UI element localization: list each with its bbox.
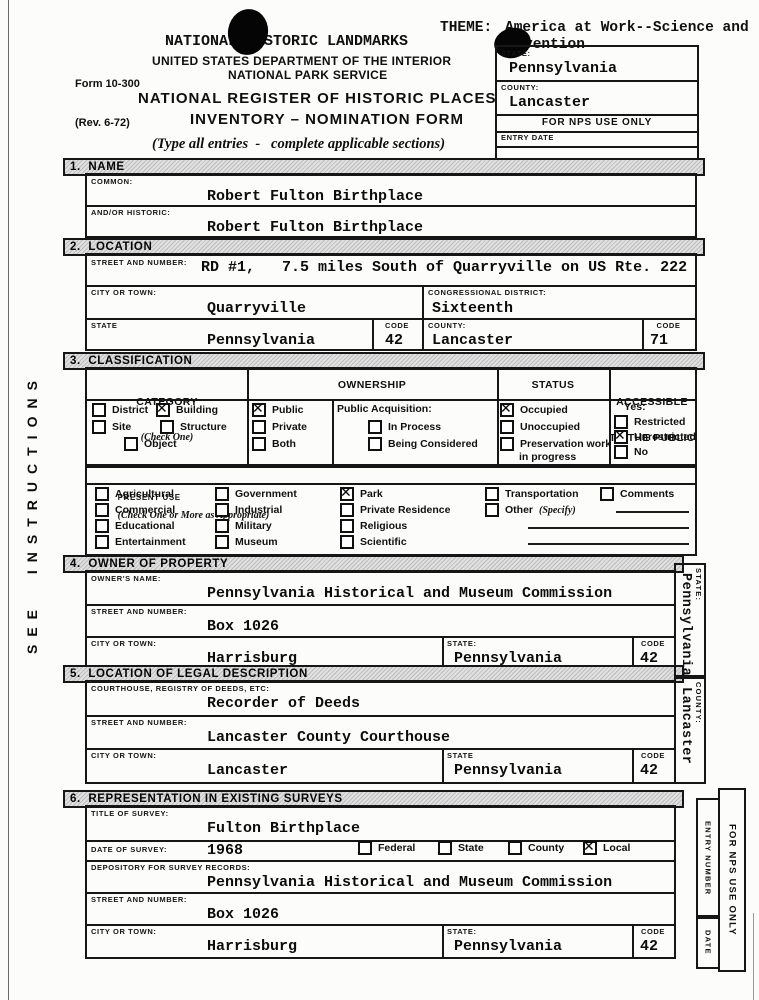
- checkbox-label: Building: [176, 404, 218, 416]
- checkbox-label: Structure: [180, 421, 227, 433]
- sidebar-date-box: DATE: [696, 915, 720, 969]
- checkbox-label: Agricultural: [115, 488, 174, 500]
- divider: [87, 399, 695, 401]
- state-label: STATE:: [447, 639, 477, 648]
- museum-checkbox[interactable]: [215, 535, 229, 549]
- access-title-line1: ACCESSIBLE: [609, 396, 695, 408]
- city-label: CITY OR TOWN:: [91, 639, 156, 648]
- divider: [87, 715, 674, 717]
- section-2-box: STREET AND NUMBER: RD #1, 7.5 miles Sout…: [85, 253, 697, 351]
- sidebar-county-value: Lancaster: [678, 687, 693, 764]
- county-label: COUNTY:: [501, 83, 539, 92]
- code-label: CODE: [372, 321, 422, 330]
- classification-table: CATEGORY (Check One) OWNERSHIP STATUS AC…: [85, 367, 697, 468]
- yes-label: Yes:: [624, 401, 646, 413]
- type-all-entries-note: (Type all entries - complete applicable …: [152, 136, 445, 153]
- landmarks-title: NATIONAL HISTORIC LANDMARKS: [165, 33, 408, 50]
- public-checkbox[interactable]: [252, 403, 266, 417]
- checkbox-label: Commercial: [115, 504, 175, 516]
- code-label: CODE: [632, 751, 674, 760]
- local-checkbox[interactable]: [583, 841, 597, 855]
- section-1-box: COMMON: Robert Fulton Birthplace AND/OR …: [85, 173, 697, 238]
- checkbox-label: Scientific: [360, 536, 407, 548]
- code-label: CODE: [642, 321, 695, 330]
- street-value[interactable]: RD #1, 7.5 miles South of Quarryville on…: [201, 259, 687, 276]
- checkbox-label: Restricted: [634, 416, 685, 428]
- street-label: STREET AND NUMBER:: [91, 607, 187, 616]
- city-value[interactable]: Lancaster: [207, 762, 288, 779]
- divider: [247, 369, 249, 466]
- divider: [422, 285, 424, 318]
- divider: [497, 146, 697, 148]
- city-label: CITY OR TOWN:: [91, 927, 156, 936]
- checkbox-label: Transportation: [505, 488, 579, 500]
- survey-title-value[interactable]: Fulton Birthplace: [207, 820, 360, 837]
- checkbox-label: Unrestricted: [634, 431, 696, 443]
- divider: [87, 924, 674, 926]
- checkbox-label: Comments: [620, 488, 674, 500]
- divider: [87, 205, 695, 207]
- checkbox-label: Religious: [360, 520, 407, 532]
- private-checkbox[interactable]: [252, 420, 266, 434]
- checkbox-label: Park: [360, 488, 383, 500]
- survey-date-label: DATE OF SURVEY:: [91, 845, 167, 854]
- common-label: COMMON:: [91, 177, 133, 186]
- county-label: COUNTY:: [428, 321, 466, 330]
- congressional-district-value[interactable]: Sixteenth: [432, 300, 513, 317]
- park-service-line: NATIONAL PARK SERVICE: [228, 68, 387, 82]
- city-label: CITY OR TOWN:: [91, 751, 156, 760]
- ownership-column-header: OWNERSHIP: [247, 379, 497, 391]
- state-value[interactable]: Pennsylvania: [207, 332, 315, 349]
- both-checkbox[interactable]: [252, 437, 266, 451]
- code-value[interactable]: 42: [640, 938, 658, 955]
- street-value[interactable]: Box 1026: [207, 618, 279, 635]
- scientific-checkbox[interactable]: [340, 535, 354, 549]
- blank-line[interactable]: [528, 527, 628, 529]
- form-number: Form 10-300 (Rev. 6-72): [75, 52, 140, 156]
- for-nps-use-only-vertical-label: FOR NPS USE ONLY: [727, 824, 738, 936]
- other-specify-label: (Specify): [539, 505, 576, 516]
- street-value[interactable]: Box 1026: [207, 906, 279, 923]
- checkbox-label: Industrial: [235, 504, 282, 516]
- being-considered-checkbox[interactable]: [368, 437, 382, 451]
- private-residence-checkbox[interactable]: [340, 503, 354, 517]
- blank-line[interactable]: [616, 527, 689, 529]
- checkbox-label: Private Residence: [360, 504, 450, 516]
- in-progress-label: in progress: [519, 451, 576, 463]
- blank-line[interactable]: [616, 511, 689, 513]
- theme-label: THEME:: [440, 20, 492, 36]
- depository-label: DEPOSITORY FOR SURVEY RECORDS:: [91, 863, 250, 872]
- checkbox-label: In Process: [388, 421, 441, 433]
- scanned-form-page: SEE INSTRUCTIONS Form 10-300 (Rev. 6-72)…: [0, 0, 759, 1000]
- county-code-value[interactable]: 71: [650, 332, 668, 349]
- building-checkbox[interactable]: [156, 403, 170, 417]
- page-edge-line-bottom-right: [753, 913, 754, 1000]
- courthouse-label: COURTHOUSE, REGISTRY OF DEEDS, ETC:: [91, 684, 270, 693]
- checkbox-label: Government: [235, 488, 297, 500]
- commercial-checkbox[interactable]: [95, 503, 109, 517]
- preservation-work-checkbox[interactable]: [500, 437, 514, 451]
- owner-name-label: OWNER'S NAME:: [91, 574, 161, 583]
- county-checkbox[interactable]: [508, 841, 522, 855]
- for-nps-use-only-label: FOR NPS USE ONLY: [497, 117, 697, 128]
- department-line: UNITED STATES DEPARTMENT OF THE INTERIOR: [152, 54, 451, 68]
- historic-name-value[interactable]: Robert Fulton Birthplace: [207, 219, 423, 236]
- unoccupied-checkbox[interactable]: [500, 420, 514, 434]
- checkbox-label: Public: [272, 404, 304, 416]
- district-checkbox[interactable]: [92, 403, 106, 417]
- date-label: DATE: [704, 930, 713, 955]
- street-label: STREET AND NUMBER:: [91, 718, 187, 727]
- divider: [442, 924, 444, 957]
- historic-label: AND/OR HISTORIC:: [91, 208, 170, 217]
- section-6-box: TITLE OF SURVEY: Fulton Birthplace DATE …: [85, 805, 676, 959]
- ink-blot-icon: [224, 6, 271, 58]
- city-label: CITY OR TOWN:: [91, 288, 156, 297]
- state-value: Pennsylvania: [509, 60, 617, 77]
- divider: [87, 318, 695, 320]
- survey-date-value[interactable]: 1968: [207, 842, 243, 859]
- sidebar-state-value: Pennsylvania: [678, 573, 693, 676]
- checkbox-label: District: [112, 404, 148, 416]
- other-checkbox[interactable]: [485, 503, 499, 517]
- occupied-checkbox[interactable]: [500, 403, 514, 417]
- structure-checkbox[interactable]: [160, 420, 174, 434]
- sidebar-nps-use-box: FOR NPS USE ONLY: [718, 788, 746, 972]
- object-checkbox[interactable]: [124, 437, 138, 451]
- checkbox-label: No: [634, 446, 648, 458]
- street-label: STREET AND NUMBER:: [91, 895, 187, 904]
- county-value[interactable]: Lancaster: [432, 332, 513, 349]
- checkbox-label: Museum: [235, 536, 278, 548]
- restricted-checkbox[interactable]: [614, 415, 628, 429]
- divider: [87, 892, 674, 894]
- sidebar-county-label: COUNTY:: [694, 682, 703, 724]
- divider: [497, 80, 697, 82]
- code-value[interactable]: 42: [640, 762, 658, 779]
- depository-value[interactable]: Pennsylvania Historical and Museum Commi…: [207, 874, 612, 891]
- county-value: Lancaster: [509, 94, 590, 111]
- checkbox-label: Other: [505, 504, 533, 516]
- register-title-line1: NATIONAL REGISTER OF HISTORIC PLACES: [138, 90, 497, 107]
- divider: [609, 369, 611, 466]
- sidebar-entry-number-box: ENTRY NUMBER: [696, 798, 720, 919]
- common-name-value[interactable]: Robert Fulton Birthplace: [207, 188, 423, 205]
- blank-line[interactable]: [616, 543, 689, 545]
- state-label: STATE: [447, 751, 473, 760]
- industrial-checkbox[interactable]: [215, 503, 229, 517]
- divider: [497, 369, 499, 466]
- entertainment-checkbox[interactable]: [95, 535, 109, 549]
- divider: [497, 114, 697, 116]
- city-value[interactable]: Harrisburg: [207, 938, 297, 955]
- divider: [442, 748, 444, 782]
- agricultural-checkbox[interactable]: [95, 487, 109, 501]
- in-process-checkbox[interactable]: [368, 420, 382, 434]
- blank-line[interactable]: [528, 543, 628, 545]
- checkbox-label: Educational: [115, 520, 175, 532]
- courthouse-value[interactable]: Recorder of Deeds: [207, 695, 360, 712]
- military-checkbox[interactable]: [215, 519, 229, 533]
- state-checkbox[interactable]: [438, 841, 452, 855]
- status-column-header: STATUS: [497, 379, 609, 391]
- section-4-box: OWNER'S NAME: Pennsylvania Historical an…: [85, 570, 676, 669]
- religious-checkbox[interactable]: [340, 519, 354, 533]
- park-checkbox[interactable]: [340, 487, 354, 501]
- divider: [87, 483, 695, 485]
- no-checkbox[interactable]: [614, 445, 628, 459]
- divider: [87, 285, 695, 287]
- checkbox-label: Federal: [378, 842, 415, 854]
- sidebar-state-box: STATE: Pennsylvania: [674, 563, 706, 679]
- divider: [87, 748, 674, 750]
- checkbox-label: Occupied: [520, 404, 568, 416]
- checkbox-label: State: [458, 842, 484, 854]
- federal-checkbox[interactable]: [358, 841, 372, 855]
- checkbox-label: Local: [603, 842, 630, 854]
- divider: [442, 636, 444, 667]
- site-checkbox[interactable]: [92, 420, 106, 434]
- congressional-district-label: CONGRESSIONAL DISTRICT:: [428, 288, 546, 297]
- state-label: STATE:: [447, 927, 477, 936]
- government-checkbox[interactable]: [215, 487, 229, 501]
- checkbox-label: Entertainment: [115, 536, 186, 548]
- survey-title-label: TITLE OF SURVEY:: [91, 809, 169, 818]
- checkbox-label: Unoccupied: [520, 421, 580, 433]
- state-label: STATE:: [501, 49, 531, 58]
- educational-checkbox[interactable]: [95, 519, 109, 533]
- sidebar-county-box: COUNTY: Lancaster: [674, 675, 706, 784]
- divider: [87, 860, 674, 862]
- checkbox-label: County: [528, 842, 564, 854]
- public-acquisition-label: Public Acquisition:: [337, 403, 432, 415]
- comments-checkbox[interactable]: [600, 487, 614, 501]
- transportation-checkbox[interactable]: [485, 487, 499, 501]
- form-number-line2: (Rev. 6-72): [75, 117, 140, 130]
- divider: [87, 636, 674, 638]
- checkbox-label: Preservation work: [520, 438, 611, 450]
- see-instructions-note: SEE INSTRUCTIONS: [24, 366, 40, 654]
- state-label: STATE: [91, 321, 117, 330]
- nps-state-county-box: STATE: Pennsylvania COUNTY: Lancaster FO…: [495, 45, 699, 160]
- street-value[interactable]: Lancaster County Courthouse: [207, 729, 450, 746]
- entry-number-label: ENTRY NUMBER: [704, 821, 713, 895]
- register-title-line2: INVENTORY – NOMINATION FORM: [190, 111, 464, 128]
- city-value[interactable]: Quarryville: [207, 300, 306, 317]
- checkbox-label: Being Considered: [388, 438, 478, 450]
- street-label: STREET AND NUMBER:: [91, 258, 187, 267]
- checkbox-label: Private: [272, 421, 307, 433]
- page-edge-line: [8, 0, 9, 1000]
- theme-line1: America at Work--Science and: [505, 20, 749, 36]
- entry-date-label: ENTRY DATE: [501, 133, 554, 142]
- state-value[interactable]: Pennsylvania: [454, 762, 562, 779]
- state-value[interactable]: Pennsylvania: [454, 938, 562, 955]
- state-code-value[interactable]: 42: [385, 332, 403, 349]
- form-number-line1: Form 10-300: [75, 78, 140, 91]
- divider: [422, 318, 424, 349]
- code-label: CODE: [632, 639, 674, 648]
- owner-name-value[interactable]: Pennsylvania Historical and Museum Commi…: [207, 585, 612, 602]
- checkbox-label: Site: [112, 421, 131, 433]
- divider: [332, 399, 334, 466]
- code-label: CODE: [632, 927, 674, 936]
- checkbox-label: Military: [235, 520, 272, 532]
- checkbox-label: Object: [144, 438, 177, 450]
- divider: [87, 604, 674, 606]
- section-5-box: COURTHOUSE, REGISTRY OF DEEDS, ETC: Reco…: [85, 680, 676, 784]
- sidebar-state-label: STATE:: [694, 568, 703, 601]
- checkbox-label: Both: [272, 438, 296, 450]
- unrestricted-checkbox[interactable]: [614, 430, 628, 444]
